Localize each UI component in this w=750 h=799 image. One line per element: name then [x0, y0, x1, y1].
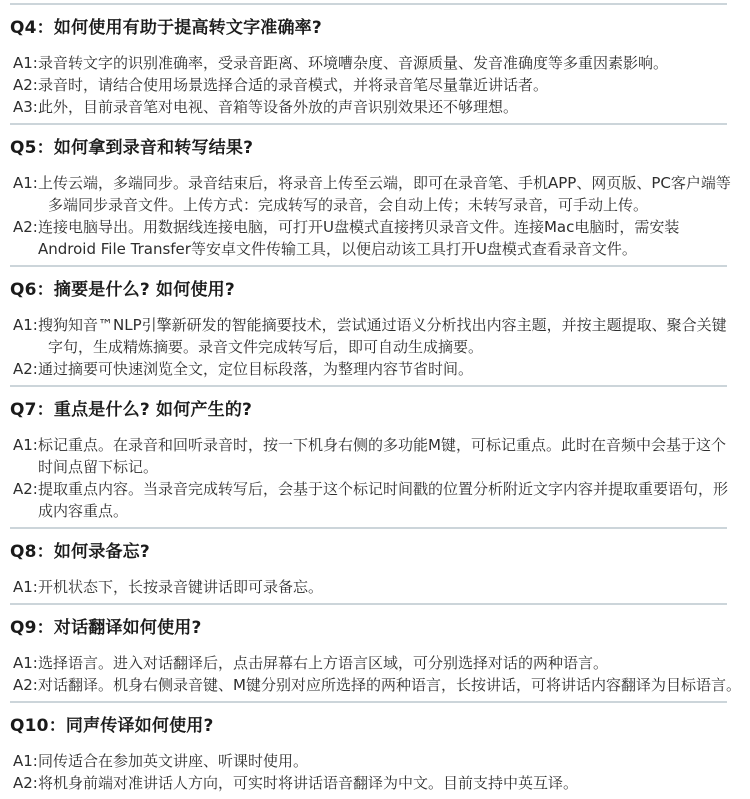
- answer-line: A3: 此外，目前录音笔对电视、音箱等设备外放的声音识别效果还不够理想。: [10, 96, 727, 118]
- answer-text: 搜狗知音™NLP引擎新研发的智能摘要技术，尝试通过语义分析找出内容主题，并按主题…: [38, 314, 727, 336]
- answer-item: A1: 开机状态下，长按录音键讲话即可录备忘。: [10, 576, 727, 598]
- answer-text: 选择语言。进入对话翻译后，点击屏幕右上方语言区域，可分别选择对话的两种语言。: [38, 652, 727, 674]
- faq-section-q6: Q6：摘要是什么? 如何使用? A1: 搜狗知音™NLP引擎新研发的智能摘要技术…: [10, 265, 727, 385]
- answer-label: A2:: [13, 478, 38, 500]
- question-heading: Q7：重点是什么? 如何产生的?: [10, 398, 727, 422]
- answer-line: A1: 同传适合在参加英文讲座、听课时使用。: [10, 750, 727, 772]
- answer-line: A1: 标记重点。在录音和回听录音时，按一下机身右侧的多功能M键，可标记重点。此…: [10, 434, 727, 456]
- answer-item: A1: 上传云端，多端同步。录音结束后，将录音上传至云端，即可在录音笔、手机AP…: [10, 172, 727, 216]
- answer-label: A1:: [13, 652, 38, 674]
- answer-item: A1: 录音转文字的识别准确率，受录音距离、环境嘈杂度、音源质量、发音准确度等多…: [10, 52, 727, 74]
- question-heading: Q6：摘要是什么? 如何使用?: [10, 278, 727, 302]
- question-heading: Q8：如何录备忘?: [10, 540, 727, 564]
- answer-line: A2: 对话翻译。机身右侧录音键、M键分别对应所选择的两种语言，长按讲话，可将讲…: [10, 674, 727, 696]
- answer-item: A1: 选择语言。进入对话翻译后，点击屏幕右上方语言区域，可分别选择对话的两种语…: [10, 652, 727, 674]
- answer-label: A1:: [13, 434, 38, 456]
- answer-label: A1:: [13, 750, 38, 772]
- answer-line: A2: 连接电脑导出。用数据线连接电脑，可打开U盘模式直接拷贝录音文件。连接Ma…: [10, 216, 727, 238]
- answer-text-continuation: 多端同步录音文件。上传方式：完成转写的录音，会自动上传；未转写录音，可手动上传。: [10, 194, 727, 216]
- answer-label: A2:: [13, 74, 38, 96]
- answer-label: A3:: [13, 96, 38, 118]
- answer-item: A3: 此外，目前录音笔对电视、音箱等设备外放的声音识别效果还不够理想。: [10, 96, 727, 118]
- answer-label: A1:: [13, 314, 38, 336]
- answer-text: 录音转文字的识别准确率，受录音距离、环境嘈杂度、音源质量、发音准确度等多重因素影…: [38, 52, 727, 74]
- answer-label: A2:: [13, 772, 38, 794]
- answer-label: A1:: [13, 576, 38, 598]
- answer-text: 标记重点。在录音和回听录音时，按一下机身右侧的多功能M键，可标记重点。此时在音频…: [38, 434, 727, 456]
- answer-text: 对话翻译。机身右侧录音键、M键分别对应所选择的两种语言，长按讲话，可将讲话内容翻…: [38, 674, 741, 696]
- question-heading: Q4：如何使用有助于提高转文字准确率?: [10, 16, 727, 40]
- question-heading: Q10：同声传译如何使用?: [10, 714, 727, 738]
- answer-item: A1: 标记重点。在录音和回听录音时，按一下机身右侧的多功能M键，可标记重点。此…: [10, 434, 727, 478]
- answer-text: 将机身前端对准讲话人方向，可实时将讲话语音翻译为中文。目前支持中英互译。: [38, 772, 727, 794]
- answer-line: A1: 上传云端，多端同步。录音结束后，将录音上传至云端，即可在录音笔、手机AP…: [10, 172, 727, 194]
- answer-item: A1: 搜狗知音™NLP引擎新研发的智能摘要技术，尝试通过语义分析找出内容主题，…: [10, 314, 727, 358]
- answer-text: 此外，目前录音笔对电视、音箱等设备外放的声音识别效果还不够理想。: [38, 96, 727, 118]
- answer-label: A2:: [13, 216, 38, 238]
- answer-item: A2: 连接电脑导出。用数据线连接电脑，可打开U盘模式直接拷贝录音文件。连接Ma…: [10, 216, 727, 260]
- question-heading: Q9：对话翻译如何使用?: [10, 616, 727, 640]
- answer-text-continuation: 时间点留下标记。: [10, 456, 727, 478]
- answer-item: A2: 对话翻译。机身右侧录音键、M键分别对应所选择的两种语言，长按讲话，可将讲…: [10, 674, 727, 696]
- answer-line: A1: 开机状态下，长按录音键讲话即可录备忘。: [10, 576, 727, 598]
- answer-line: A2: 通过摘要可快速浏览全文，定位目标段落，为整理内容节省时间。: [10, 358, 727, 380]
- answer-line: A1: 录音转文字的识别准确率，受录音距离、环境嘈杂度、音源质量、发音准确度等多…: [10, 52, 727, 74]
- answer-line: A1: 搜狗知音™NLP引擎新研发的智能摘要技术，尝试通过语义分析找出内容主题，…: [10, 314, 727, 336]
- answer-line: A2: 录音时，请结合使用场景选择合适的录音模式，并将录音笔尽量靠近讲话者。: [10, 74, 727, 96]
- answer-item: A2: 将机身前端对准讲话人方向，可实时将讲话语音翻译为中文。目前支持中英互译。: [10, 772, 727, 794]
- answer-line: A1: 选择语言。进入对话翻译后，点击屏幕右上方语言区域，可分别选择对话的两种语…: [10, 652, 727, 674]
- faq-section-q5: Q5：如何拿到录音和转写结果? A1: 上传云端，多端同步。录音结束后，将录音上…: [10, 123, 727, 265]
- answer-line: A2: 提取重点内容。当录音完成转写后，会基于这个标记时间戳的位置分析附近文字内…: [10, 478, 727, 500]
- answer-text: 通过摘要可快速浏览全文，定位目标段落，为整理内容节省时间。: [38, 358, 727, 380]
- faq-page: { "page": { "divider_color": "#ccd5da", …: [0, 0, 750, 799]
- question-heading: Q5：如何拿到录音和转写结果?: [10, 136, 727, 160]
- answer-item: A2: 录音时，请结合使用场景选择合适的录音模式，并将录音笔尽量靠近讲话者。: [10, 74, 727, 96]
- answer-text-continuation: 字句，生成精炼摘要。录音文件完成转写后，即可自动生成摘要。: [10, 336, 727, 358]
- answer-text-continuation: 成内容重点。: [10, 500, 727, 522]
- answer-label: A1:: [13, 172, 38, 194]
- answer-item: A1: 同传适合在参加英文讲座、听课时使用。: [10, 750, 727, 772]
- faq-section-q7: Q7：重点是什么? 如何产生的? A1: 标记重点。在录音和回听录音时，按一下机…: [10, 385, 727, 527]
- faq-section-q10: Q10：同声传译如何使用? A1: 同传适合在参加英文讲座、听课时使用。 A2:…: [10, 701, 727, 799]
- answer-label: A1:: [13, 52, 38, 74]
- answer-text: 提取重点内容。当录音完成转写后，会基于这个标记时间戳的位置分析附近文字内容并提取…: [38, 478, 728, 500]
- answer-text: 连接电脑导出。用数据线连接电脑，可打开U盘模式直接拷贝录音文件。连接Mac电脑时…: [38, 216, 727, 238]
- answer-text: 上传云端，多端同步。录音结束后，将录音上传至云端，即可在录音笔、手机APP、网页…: [38, 172, 731, 194]
- answer-item: A2: 提取重点内容。当录音完成转写后，会基于这个标记时间戳的位置分析附近文字内…: [10, 478, 727, 522]
- answer-line: A2: 将机身前端对准讲话人方向，可实时将讲话语音翻译为中文。目前支持中英互译。: [10, 772, 727, 794]
- faq-section-q9: Q9：对话翻译如何使用? A1: 选择语言。进入对话翻译后，点击屏幕右上方语言区…: [10, 603, 727, 701]
- answer-text: 录音时，请结合使用场景选择合适的录音模式，并将录音笔尽量靠近讲话者。: [38, 74, 727, 96]
- answer-text-continuation: Android File Transfer等安卓文件传输工具，以便启动该工具打开…: [10, 238, 727, 260]
- answer-label: A2:: [13, 674, 38, 696]
- faq-section-q8: Q8：如何录备忘? A1: 开机状态下，长按录音键讲话即可录备忘。: [10, 527, 727, 603]
- answer-item: A2: 通过摘要可快速浏览全文，定位目标段落，为整理内容节省时间。: [10, 358, 727, 380]
- answer-text: 开机状态下，长按录音键讲话即可录备忘。: [38, 576, 727, 598]
- answer-label: A2:: [13, 358, 38, 380]
- faq-section-q4: Q4：如何使用有助于提高转文字准确率? A1: 录音转文字的识别准确率，受录音距…: [10, 3, 727, 123]
- answer-text: 同传适合在参加英文讲座、听课时使用。: [38, 750, 727, 772]
